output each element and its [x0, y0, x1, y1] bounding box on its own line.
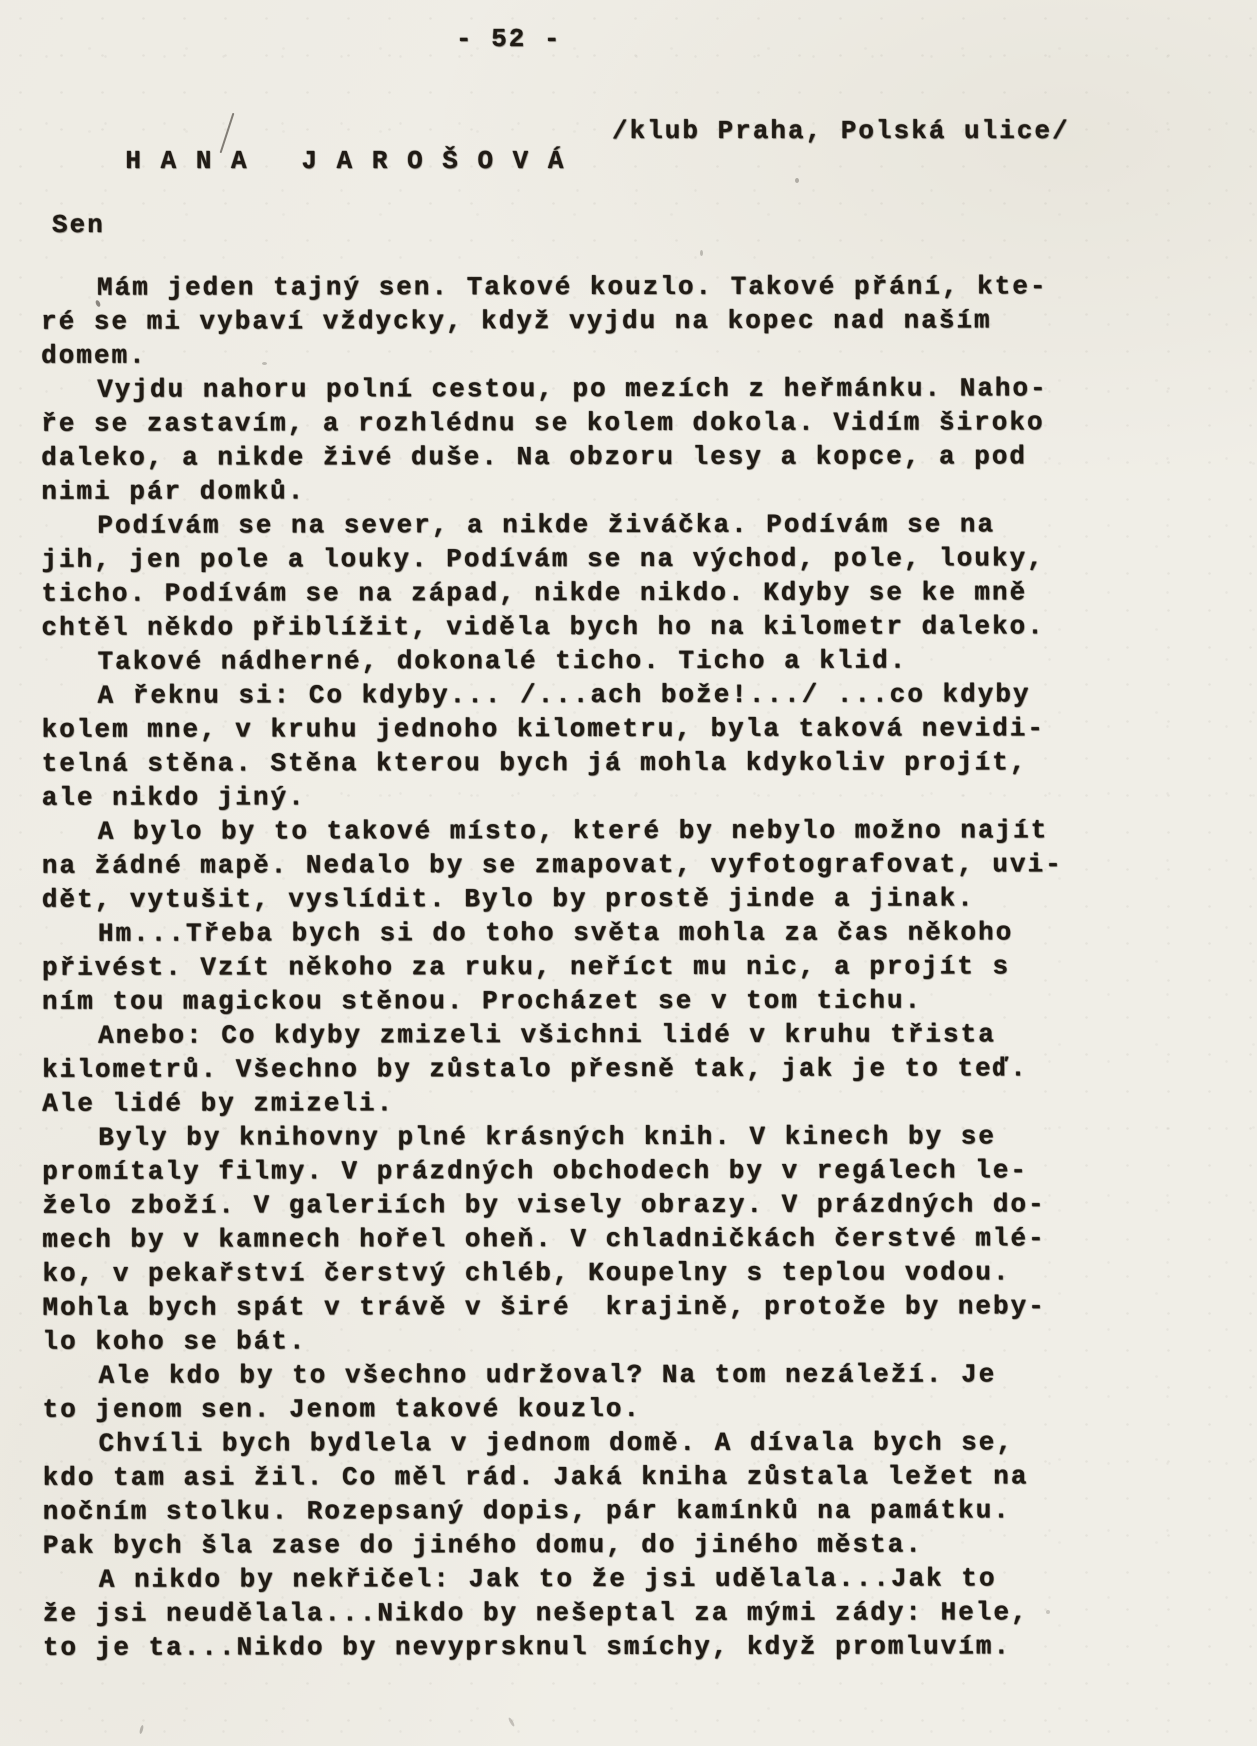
- paragraph: A bylo by to takové místo, které by neby…: [42, 813, 1192, 917]
- paragraph: Takové nádherné, dokonalé ticho. Ticho a…: [42, 643, 1192, 679]
- story-body: Mám jeden tajný sen. Takové kouzlo. Tako…: [41, 269, 1193, 1665]
- paragraph: Byly by knihovny plné krásných knih. V k…: [42, 1119, 1192, 1359]
- paper-speck: [795, 178, 799, 183]
- paragraph: Podívám se na sever, a nikde živáčka. Po…: [41, 507, 1191, 645]
- paragraph: Vyjdu nahoru polní cestou, po mezích z h…: [41, 371, 1191, 509]
- document-page: - 52 - H A N A J A R O Š O V Á /klub Pra…: [0, 0, 1257, 1746]
- author-name: H A N A J A R O Š O V Á: [125, 146, 565, 176]
- paragraph: Chvíli bych bydlela v jednom domě. A dív…: [43, 1425, 1193, 1563]
- paragraph: A nikdo by nekřičel: Jak to že jsi uděla…: [43, 1561, 1193, 1665]
- paper-speck: [262, 362, 267, 365]
- paper-speck: [139, 1725, 144, 1734]
- paragraph: Ale kdo by to všechno udržoval? Na tom n…: [43, 1357, 1193, 1427]
- paper-speck: [1046, 1610, 1050, 1614]
- paper-speck: [700, 250, 703, 256]
- story-title: Sen: [52, 210, 105, 240]
- paragraph: A řeknu si: Co kdyby... /...ach bože!...…: [42, 677, 1192, 815]
- paragraph: Mám jeden tajný sen. Takové kouzlo. Tako…: [41, 269, 1191, 373]
- author-affiliation: /klub Praha, Polská ulice/: [612, 116, 1070, 146]
- paragraph: Hm...Třeba bych si do toho světa mohla z…: [42, 915, 1192, 1019]
- paper-speck: [508, 1717, 516, 1727]
- page-number: - 52 -: [456, 24, 562, 54]
- paragraph: Anebo: Co kdyby zmizeli všichni lidé v k…: [42, 1017, 1192, 1121]
